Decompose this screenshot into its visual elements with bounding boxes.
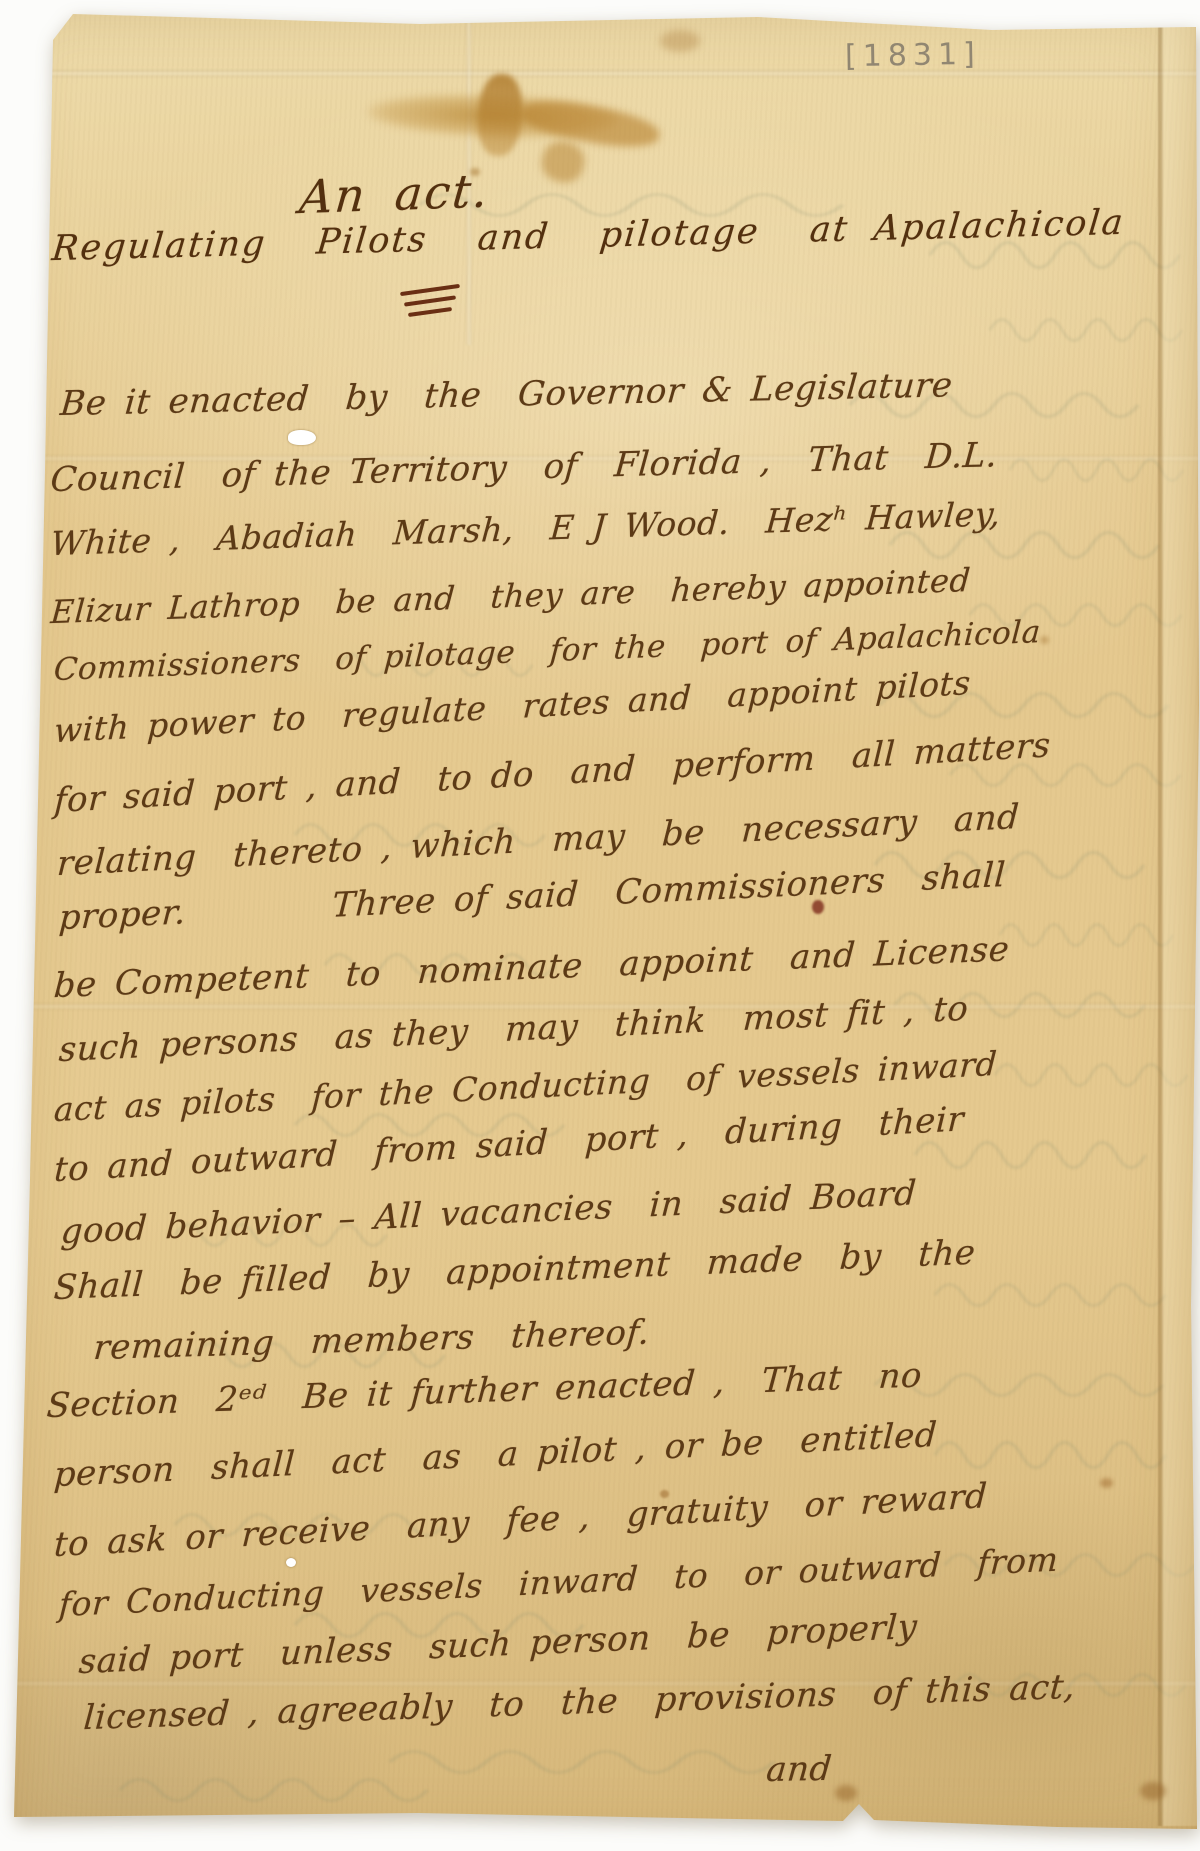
manuscript-line: Council of the Territory of Florida , Th… bbox=[49, 437, 999, 499]
age-spot bbox=[1100, 1478, 1113, 1488]
manuscript-line: Be it enacted by the Governor & Legislat… bbox=[59, 367, 954, 423]
catchword: and bbox=[765, 1751, 834, 1790]
fold-crease bbox=[0, 70, 1200, 77]
age-spot bbox=[660, 30, 700, 52]
paper-hole bbox=[288, 430, 316, 445]
manuscript-line: person shall act as a pilot , or be enti… bbox=[53, 1417, 938, 1495]
age-spot bbox=[1140, 1782, 1166, 1800]
manuscript-line: said port unless such person be properly bbox=[78, 1609, 919, 1682]
tape-stain bbox=[475, 73, 525, 158]
manuscript-line: Section 2ᵉᵈ Be it further enacted , That… bbox=[45, 1357, 923, 1425]
right-edge-fold bbox=[1158, 26, 1198, 1826]
manuscript-line: White , Abadiah Marsh, E J Wood. Hezʰ Ha… bbox=[49, 496, 1002, 562]
manuscript-page-wrap: [1831] An act. Regulating Pilots and pil… bbox=[0, 0, 1200, 1851]
manuscript-line: Elizur Lathrop be and they are hereby ap… bbox=[50, 563, 972, 630]
age-spot bbox=[835, 1785, 857, 1801]
act-subtitle: Regulating Pilots and pilotage at Apalac… bbox=[50, 204, 1126, 269]
tape-stain bbox=[537, 137, 588, 187]
tape-stain bbox=[518, 94, 662, 154]
manuscript-page: [1831] An act. Regulating Pilots and pil… bbox=[0, 0, 1200, 1851]
age-spot bbox=[1040, 636, 1049, 644]
manuscript-line: remaining members thereof. bbox=[92, 1314, 651, 1367]
act-title: An act. bbox=[298, 165, 492, 222]
paper-hole bbox=[286, 1558, 296, 1567]
year-annotation: [1831] bbox=[845, 37, 981, 74]
scan-background: [1831] An act. Regulating Pilots and pil… bbox=[0, 0, 1200, 1851]
